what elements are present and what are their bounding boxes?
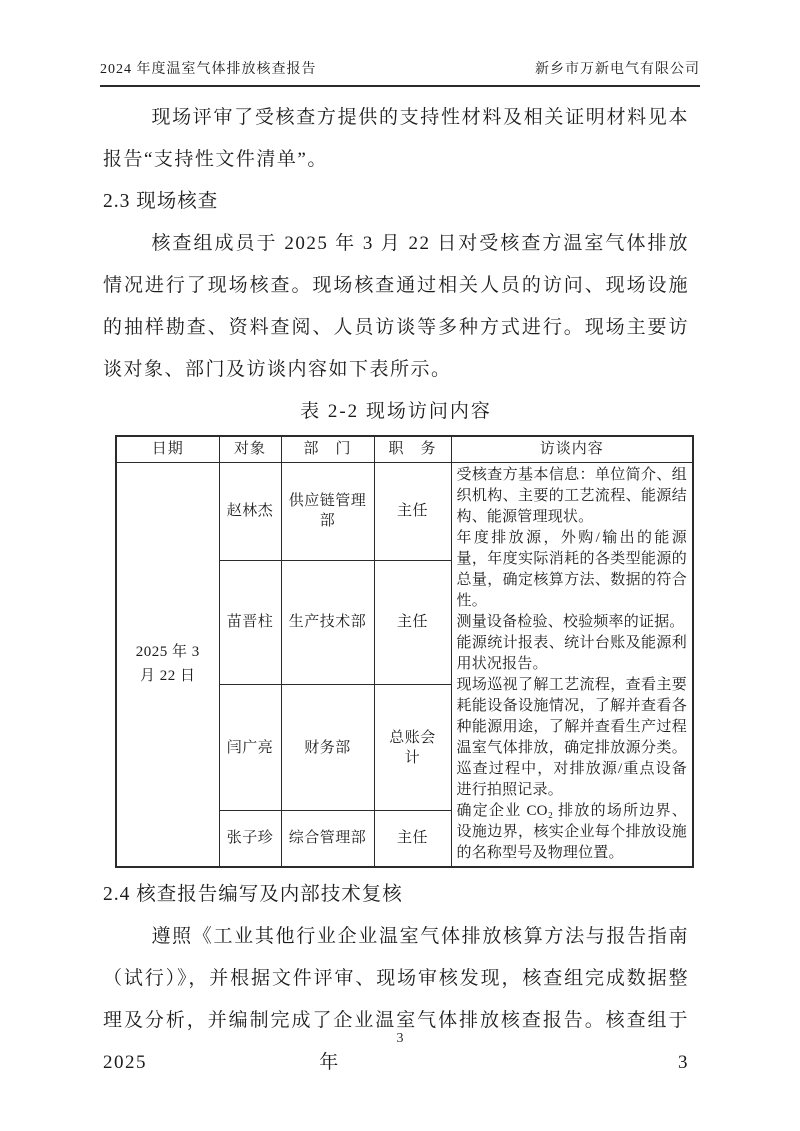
- column-header-date: 日期: [116, 436, 219, 462]
- interview-paragraph: 确定企业 CO₂ 排放的场所边界、设施边界，核实企业每个排放设施的名称型号及物理…: [457, 801, 688, 864]
- date-line-1: 2025 年 3: [122, 640, 214, 664]
- position: 主任: [374, 560, 451, 684]
- position: 总账会计: [374, 684, 451, 810]
- header-company-name: 新乡市万新电气有限公司: [535, 58, 700, 78]
- column-header-department: 部 门: [281, 436, 374, 462]
- department: 综合管理部: [281, 811, 374, 867]
- department: 财务部: [281, 684, 374, 810]
- table-caption: 表 2-2 现场访问内容: [103, 392, 689, 432]
- interview-paragraph: 年度排放源，外购/输出的能源量，年度实际消耗的各类型能源的总量，确定核算方法、数…: [457, 528, 688, 612]
- header-report-title: 2024 年度温室气体排放核查报告: [100, 58, 317, 78]
- table-row: 2025 年 3 月 22 日 赵林杰 供应链管理部 主任 受核查方基本信息：单…: [116, 462, 693, 560]
- interview-content-cell: 受核查方基本信息：单位简介、组织机构、主要的工艺流程、能源结构、能源管理现状。 …: [451, 462, 693, 867]
- position: 主任: [374, 811, 451, 867]
- date-line-2: 月 22 日: [122, 664, 214, 688]
- document-page: 2024 年度温室气体排放核查报告 新乡市万新电气有限公司 现场评审了受核查方提…: [0, 0, 800, 1131]
- interview-paragraph: 受核查方基本信息：单位简介、组织机构、主要的工艺流程、能源结构、能源管理现状。: [457, 465, 688, 528]
- person-name: 张子珍: [219, 811, 281, 867]
- paragraph-report-writing: 遵照《工业其他行业企业温室气体排放核算方法与报告指南（试行）》，并根据文件评审、…: [103, 916, 689, 1084]
- page-number: 3: [397, 1031, 404, 1046]
- person-name: 赵林杰: [219, 462, 281, 560]
- date-cell: 2025 年 3 月 22 日: [116, 462, 219, 867]
- column-header-person: 对象: [219, 436, 281, 462]
- interview-paragraph: 测量设备检验、校验频率的证据。: [457, 612, 688, 633]
- paragraph-supporting-materials: 现场评审了受核查方提供的支持性材料及相关证明材料见本报告“支持性文件清单”。: [103, 97, 689, 181]
- position: 主任: [374, 462, 451, 560]
- department: 生产技术部: [281, 560, 374, 684]
- table-header-row: 日期 对象 部 门 职 务 访谈内容: [116, 436, 693, 462]
- section-heading-2-4: 2.4 核查报告编写及内部技术复核: [103, 874, 689, 916]
- paragraph-site-visit: 核查组成员于 2025 年 3 月 22 日对受核查方温室气体排放情况进行了现场…: [103, 223, 689, 391]
- site-visit-table: 日期 对象 部 门 职 务 访谈内容 2025 年 3 月 22 日 赵林杰 供…: [115, 435, 694, 868]
- interview-paragraph: 现场巡视了解工艺流程，查看主要耗能设备设施情况，了解并查看各种能源用途，了解并查…: [457, 675, 688, 801]
- column-header-content: 访谈内容: [451, 436, 693, 462]
- page-footer: 3: [0, 1031, 800, 1047]
- person-name: 苗晋柱: [219, 560, 281, 684]
- department: 供应链管理部: [281, 462, 374, 560]
- page-header: 2024 年度温室气体排放核查报告 新乡市万新电气有限公司: [100, 58, 700, 87]
- column-header-position: 职 务: [374, 436, 451, 462]
- section-heading-2-3: 2.3 现场核查: [103, 181, 689, 223]
- interview-paragraph: 能源统计报表、统计台账及能源利用状况报告。: [457, 633, 688, 675]
- person-name: 闫广亮: [219, 684, 281, 810]
- document-body: 现场评审了受核查方提供的支持性材料及相关证明材料见本报告“支持性文件清单”。 2…: [103, 97, 689, 1084]
